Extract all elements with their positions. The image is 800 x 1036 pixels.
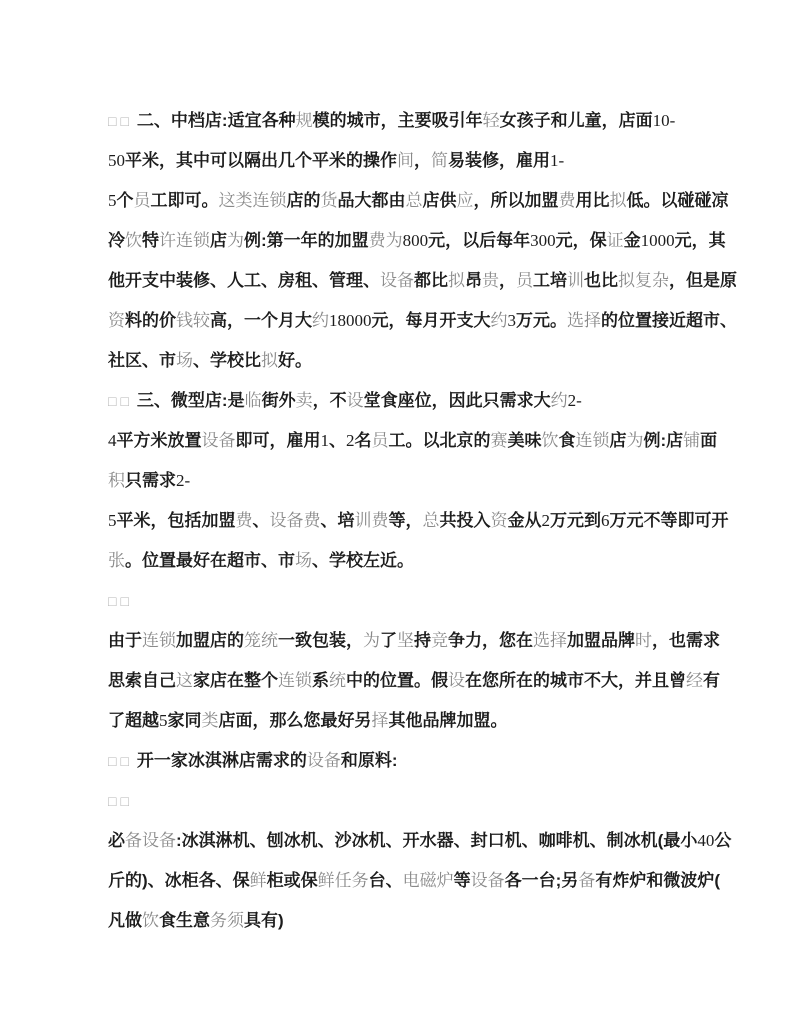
text-run: 加盟品牌 — [567, 631, 635, 650]
text-run: 证 — [607, 231, 624, 250]
text-run: 连锁 — [278, 671, 312, 690]
text-run: 等， — [389, 511, 423, 530]
text-run: 800 — [403, 231, 429, 250]
text-run: 铺 — [683, 431, 700, 450]
text-run: 2 — [542, 511, 551, 530]
text-run: 赛 — [491, 431, 508, 450]
text-run: 美味 — [508, 431, 542, 450]
text-run: 都比 — [414, 271, 448, 290]
text-run: 个 — [117, 191, 134, 210]
text-run: 女孩子和儿童，店面 — [500, 111, 653, 130]
text-line: □□开一家冰淇淋店需求的设备和原料: — [108, 741, 708, 781]
text-run: 的位置接近超市、 — [601, 311, 737, 330]
text-run: 开一家冰淇淋店需求的 — [137, 751, 307, 770]
text-run: 钱较 — [176, 311, 210, 330]
text-run: 员 — [516, 271, 533, 290]
text-run: 系 — [312, 671, 329, 690]
text-run: 。位置最好在超市、市 — [125, 551, 295, 570]
text-run: 在您所在的城市不大，并且曾 — [465, 671, 686, 690]
text-run: 拟 — [261, 351, 278, 370]
text-run: 金 — [624, 231, 641, 250]
text-run: :冰淇淋机、刨冰机、沙冰机、开水器、封口机、咖啡机、制冰机(最小 — [176, 831, 697, 850]
text-run: 、 — [329, 431, 346, 450]
text-run: 工培 — [533, 271, 567, 290]
text-run: 中的位置。假 — [346, 671, 448, 690]
text-run: 鲜任务 — [318, 871, 369, 890]
text-run: 有 — [703, 671, 720, 690]
text-line: 50平米，其中可以隔出几个平米的操作间，简易装修，雇用1- — [108, 141, 708, 181]
text-line: 张。位置最好在超市、市场、学校左近。 — [108, 541, 708, 581]
text-run: 饮 — [125, 231, 142, 250]
text-line: 斤的)、冰柜各、保鲜柜或保鲜任务台、电磁炉等设备各一台;另备有炸炉和微波炉( — [108, 861, 708, 901]
text-run: 平米，包括加盟 — [117, 511, 236, 530]
text-line: 由于连锁加盟店的笼统一致包装，为了坚持竞争力，您在选择加盟品牌时，也需求 — [108, 621, 708, 661]
text-run: 卖 — [296, 391, 313, 410]
text-run: 规 — [296, 111, 313, 130]
text-run: 场 — [176, 351, 193, 370]
text-run: 5 — [108, 191, 117, 210]
text-run: 争力，您在 — [448, 631, 533, 650]
document-page: □□二、中档店:适宜各种规模的城市，主要吸引年轻女孩子和儿童，店面10-50平米… — [0, 0, 800, 1036]
text-run: 好。 — [278, 351, 312, 370]
text-run: 6 — [601, 511, 610, 530]
text-run: 由于 — [108, 631, 142, 650]
text-run: 积 — [108, 471, 125, 490]
text-run: 5 — [108, 511, 117, 530]
text-run: 也比 — [584, 271, 618, 290]
text-run: 店供 — [423, 191, 457, 210]
text-run: 共投入 — [440, 511, 491, 530]
text-run: 拟复杂 — [618, 271, 669, 290]
text-run: 用比 — [576, 191, 610, 210]
text-run: 务须 — [210, 911, 244, 930]
text-run: 台、 — [369, 871, 403, 890]
text-run: 设备 — [380, 271, 414, 290]
text-run: 特 — [142, 231, 159, 250]
text-run: 公 — [714, 831, 731, 850]
text-line: 社区、市场、学校比拟好。 — [108, 341, 708, 381]
text-run: 择 — [372, 711, 389, 730]
text-run: ，但是原 — [669, 271, 737, 290]
text-run: 一致包装， — [278, 631, 363, 650]
text-run: 高，一个月大 — [210, 311, 312, 330]
text-run: 设备 — [307, 751, 341, 770]
text-run: 例:店 — [644, 431, 684, 450]
text-run: 食生意 — [159, 911, 210, 930]
text-run: 昂 — [465, 271, 482, 290]
text-run: 总 — [423, 511, 440, 530]
text-run: ，所以加盟 — [474, 191, 559, 210]
text-run: 、 — [253, 511, 270, 530]
text-run: 各一台;另 — [505, 871, 579, 890]
text-run: 思索自己 — [108, 671, 176, 690]
text-run: 竞 — [431, 631, 448, 650]
text-run: 元，保 — [556, 231, 607, 250]
text-run: 员 — [134, 191, 151, 210]
text-run: 应 — [457, 191, 474, 210]
text-run: 货 — [321, 191, 338, 210]
text-run: 模的城市，主要吸引年 — [313, 111, 483, 130]
text-run: 1000 — [641, 231, 675, 250]
text-run: 3 — [508, 311, 517, 330]
text-run: 40 — [697, 831, 714, 850]
text-run: 总 — [406, 191, 423, 210]
text-run: 2- — [176, 471, 190, 490]
text-run: 低。以碰碰凉 — [627, 191, 729, 210]
text-run: 笼统 — [244, 631, 278, 650]
text-run: 工即可。 — [151, 191, 219, 210]
text-run: ，也需求 — [652, 631, 720, 650]
text-run: 平方米放置 — [117, 431, 202, 450]
text-run: 5 — [159, 711, 168, 730]
text-run: 拟 — [448, 271, 465, 290]
text-run: 饮 — [142, 911, 159, 930]
text-run: 持 — [414, 631, 431, 650]
text-line: 思索自己这家店在整个连锁系统中的位置。假设在您所在的城市不大，并且曾经有 — [108, 661, 708, 701]
text-run: 设备费 — [270, 511, 321, 530]
text-run: 金从 — [508, 511, 542, 530]
text-line: 冷饮特许连锁店为例:第一年的加盟费为800元，以后每年300元，保证金1000元… — [108, 221, 708, 261]
text-run: 只需求 — [125, 471, 176, 490]
text-run: 必 — [108, 831, 125, 850]
text-run: 社区、市 — [108, 351, 176, 370]
text-run: 备设备 — [125, 831, 176, 850]
text-run: 加盟店的 — [176, 631, 244, 650]
text-run: 了 — [380, 631, 397, 650]
text-line: 了超越5家同类店面，那么您最好另择其他品牌加盟。 — [108, 701, 708, 741]
text-run: 贵 — [482, 271, 499, 290]
text-run: 1 — [321, 431, 330, 450]
text-run: 万元。 — [516, 311, 567, 330]
text-run: 其他品牌加盟。 — [389, 711, 508, 730]
text-run: 约 — [491, 311, 508, 330]
text-run: 料的价 — [125, 311, 176, 330]
text-line: 5平米，包括加盟费、设备费、培训费等，总共投入资金从2万元到6万元不等即可开 — [108, 501, 708, 541]
text-run: 训费 — [355, 511, 389, 530]
placeholder-squares: □□ — [108, 793, 133, 809]
text-run: 元，其 — [675, 231, 726, 250]
text-run: 为 — [227, 231, 244, 250]
text-run: 万元不等即可开 — [610, 511, 729, 530]
text-run: 为 — [363, 631, 380, 650]
text-run: 员 — [372, 431, 389, 450]
text-run: 店 — [210, 231, 227, 250]
text-run: 具有) — [244, 911, 284, 930]
text-run: 名 — [355, 431, 372, 450]
text-run: 堂食座位，因此只需求大 — [364, 391, 551, 410]
text-run: 简 — [431, 151, 448, 170]
text-run: 类 — [202, 711, 219, 730]
text-run: 家同 — [168, 711, 202, 730]
text-run: 易装修，雇用 — [448, 151, 550, 170]
text-run: 约 — [312, 311, 329, 330]
text-run: 约 — [551, 391, 568, 410]
text-run: 间 — [397, 151, 414, 170]
text-run: 备 — [578, 871, 595, 890]
text-run: 资 — [108, 311, 125, 330]
placeholder-squares: □□ — [108, 593, 133, 609]
text-run: 为 — [627, 431, 644, 450]
text-run: 、学校比 — [193, 351, 261, 370]
text-run: 4 — [108, 431, 117, 450]
text-run: 、学校左近。 — [312, 551, 414, 570]
text-line: □□ — [108, 581, 708, 621]
text-run: 设备 — [202, 431, 236, 450]
text-line: 4平方米放置设备即可，雇用1、2名员工。以北京的赛美味饮食连锁店为例:店铺面 — [108, 421, 708, 461]
text-line: 5个员工即可。这类连锁店的货品大都由总店供应，所以加盟费用比拟低。以碰碰凉 — [108, 181, 708, 221]
text-run: 设备 — [471, 871, 505, 890]
text-run: 费为 — [369, 231, 403, 250]
text-run: 坚 — [397, 631, 414, 650]
text-run: 即可，雇用 — [236, 431, 321, 450]
text-run: 饮 — [542, 431, 559, 450]
text-run: 训 — [567, 271, 584, 290]
text-run: 费 — [236, 511, 253, 530]
text-run: 18000 — [329, 311, 372, 330]
text-run: 设 — [448, 671, 465, 690]
text-run: 资 — [491, 511, 508, 530]
placeholder-squares: □□ — [108, 753, 133, 769]
text-run: 品大都由 — [338, 191, 406, 210]
text-run: 工。以北京的 — [389, 431, 491, 450]
text-run: 设 — [347, 391, 364, 410]
text-run: 临 — [245, 391, 262, 410]
text-run: 轻 — [483, 111, 500, 130]
text-run: 拟 — [610, 191, 627, 210]
text-run: ， — [499, 271, 516, 290]
text-run: 二、中档店:适宜各种 — [137, 111, 296, 130]
text-run: 场 — [295, 551, 312, 570]
text-run: 元，以后每年 — [428, 231, 530, 250]
text-run: 斤的)、冰柜各、保 — [108, 871, 250, 890]
text-line: □□三、微型店:是临街外卖，不设堂食座位，因此只需求大约2- — [108, 381, 708, 421]
text-run: 店面，那么您最好另 — [219, 711, 372, 730]
text-run: 他开支中装修、人工、房租、管理、 — [108, 271, 380, 290]
text-line: 积只需求2- — [108, 461, 708, 501]
text-line: 凡做饮食生意务须具有) — [108, 901, 708, 941]
text-line: 必备设备:冰淇淋机、刨冰机、沙冰机、开水器、封口机、咖啡机、制冰机(最小40公 — [108, 821, 708, 861]
text-line: 他开支中装修、人工、房租、管理、设备都比拟昂贵，员工培训也比拟复杂，但是原 — [108, 261, 708, 301]
text-run: 10- — [653, 111, 676, 130]
text-line: □□ — [108, 781, 708, 821]
text-run: 等 — [454, 871, 471, 890]
text-run: 了超越 — [108, 711, 159, 730]
text-run: 凡做 — [108, 911, 142, 930]
text-run: 有炸炉和微波炉( — [595, 871, 720, 890]
text-run: 街外 — [262, 391, 296, 410]
text-run: 例:第一年的加盟 — [244, 231, 369, 250]
text-run: 1- — [550, 151, 564, 170]
text-run: 300 — [530, 231, 556, 250]
text-run: 2- — [568, 391, 582, 410]
text-run: 鲜 — [250, 871, 267, 890]
text-run: 店 — [610, 431, 627, 450]
text-run: 三、微型店:是 — [137, 391, 245, 410]
text-run: 元，每月开支大 — [372, 311, 491, 330]
text-run: 面 — [700, 431, 717, 450]
text-run: 时 — [635, 631, 652, 650]
placeholder-squares: □□ — [108, 393, 133, 409]
text-run: 张 — [108, 551, 125, 570]
text-run: 万元到 — [550, 511, 601, 530]
text-run: 店的 — [287, 191, 321, 210]
text-run: 和原料: — [341, 751, 398, 770]
placeholder-squares: □□ — [108, 113, 133, 129]
text-run: 50 — [108, 151, 125, 170]
text-run: 这 — [176, 671, 193, 690]
text-line: 资料的价钱较高，一个月大约18000元，每月开支大约3万元。选择的位置接近超市、 — [108, 301, 708, 341]
text-run: 选择 — [533, 631, 567, 650]
text-run: 这类连锁 — [219, 191, 287, 210]
text-line: □□二、中档店:适宜各种规模的城市，主要吸引年轻女孩子和儿童，店面10- — [108, 101, 708, 141]
text-run: 2 — [346, 431, 355, 450]
text-run: 平米，其中可以隔出几个平米的操作 — [125, 151, 397, 170]
text-run: 连锁 — [576, 431, 610, 450]
text-run: 许连锁 — [159, 231, 210, 250]
text-run: 统 — [329, 671, 346, 690]
text-run: 柜或保 — [267, 871, 318, 890]
text-run: 冷 — [108, 231, 125, 250]
text-run: 家店在整个 — [193, 671, 278, 690]
text-run: 经 — [686, 671, 703, 690]
text-run: ， — [414, 151, 431, 170]
text-run: ，不 — [313, 391, 347, 410]
text-run: 食 — [559, 431, 576, 450]
text-run: 、培 — [321, 511, 355, 530]
text-run: 费 — [559, 191, 576, 210]
document-body: □□二、中档店:适宜各种规模的城市，主要吸引年轻女孩子和儿童，店面10-50平米… — [108, 101, 708, 941]
text-run: 连锁 — [142, 631, 176, 650]
text-run: 选择 — [567, 311, 601, 330]
text-run: 电磁炉 — [403, 871, 454, 890]
